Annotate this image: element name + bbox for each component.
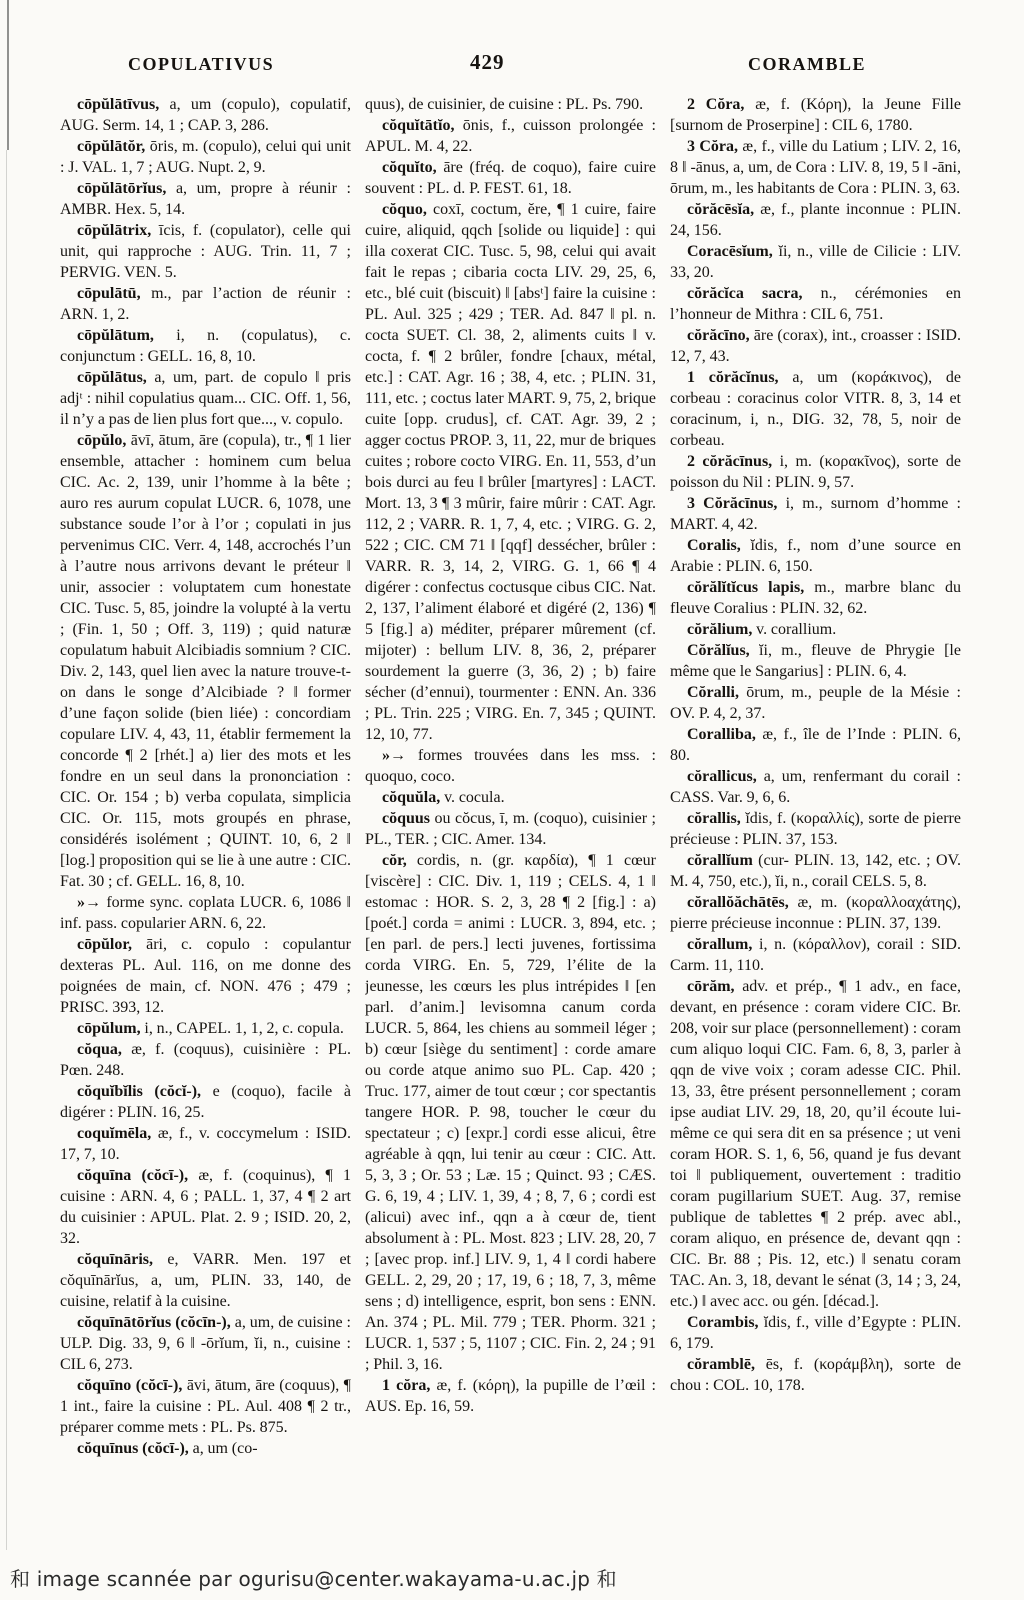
dictionary-entry: cŏquĭbĭlis (cŏcĭ-), e (coquo), facile à …: [60, 1081, 351, 1123]
dictionary-entry: cŏrallĭum (cur- PLIN. 13, 142, etc. ; OV…: [670, 850, 961, 892]
dictionary-entry: cōpŭlātus, a, um, part. de copulo ‖ pris…: [60, 367, 351, 430]
text-column-3: 2 Cŏra, æ, f. (Κόρη), la Jeune Fille [su…: [670, 94, 961, 1546]
entry-headword: cōpŭlātus,: [77, 369, 147, 386]
entry-body: v. corallium.: [756, 621, 836, 638]
entry-headword: cōpŭlum,: [77, 1020, 141, 1037]
dictionary-entry: cŏquīnātōrĭus (cŏcīn-), a, um, de cuisin…: [60, 1312, 351, 1375]
entry-headword: cŏrăcĭca sacra,: [687, 285, 802, 302]
page-number: 429: [470, 50, 505, 75]
dictionary-entry: cŏrallicus, a, um, renfermant du corail …: [670, 766, 961, 808]
dictionary-entry: cŏrallum, i, n. (κόραλλον), corail : SID…: [670, 934, 961, 976]
dictionary-entry: cŏrălium, v. corallium.: [670, 619, 961, 640]
entry-headword: »→: [382, 747, 406, 764]
entry-headword: cŏquus: [382, 810, 430, 827]
dictionary-entry: Corambis, ĭdis, f., ville d’Egypte : PLI…: [670, 1312, 961, 1354]
dictionary-entry: Cŏralli, ōrum, m., peuple de la Mésie : …: [670, 682, 961, 724]
dictionary-page: COPULATIVUS 429 CORAMBLE cōpŭlātīvus, a,…: [0, 0, 1024, 1600]
entry-body: coxī, coctum, ĕre, ¶ 1 cuire, faire cuir…: [365, 201, 656, 743]
dictionary-entry: Coracēsĭum, ĭi, n., ville de Cilicie : L…: [670, 241, 961, 283]
entry-headword: cōrăm,: [687, 978, 735, 995]
entry-body: i, n., CAPEL. 1, 1, 2, c. copula.: [144, 1020, 343, 1037]
entry-body: cordis, n. (gr. καρδία), ¶ 1 cœur [viscè…: [365, 852, 656, 1373]
entry-headword: 1 cŏrăcĭnus,: [687, 369, 779, 386]
text-columns: cōpŭlātīvus, a, um (copulo), copulatif, …: [60, 94, 961, 1546]
dictionary-entry: 3 Cŏra, æ, f., ville du Latium ; LIV. 2,…: [670, 136, 961, 199]
entry-headword: cŏrallĭum: [687, 852, 753, 869]
entry-headword: Corambis,: [687, 1314, 759, 1331]
entry-headword: cŏquīnātōrĭus (cŏcīn-),: [77, 1314, 231, 1331]
dictionary-entry: 2 cŏrăcīnus, i, m. (κορακῖνος), sorte de…: [670, 451, 961, 493]
entry-headword: cŏquŭla,: [382, 789, 440, 806]
entry-headword: cōpŭlātōrĭus,: [77, 180, 166, 197]
entry-body: forme sync. coplata LUCR. 6, 1086 ‖ inf.…: [60, 894, 351, 932]
entry-headword: 3 Cŏra,: [687, 138, 738, 155]
entry-headword: cōpŭlātīvus,: [77, 96, 159, 113]
dictionary-entry: »→ forme sync. coplata LUCR. 6, 1086 ‖ i…: [60, 892, 351, 934]
entry-headword: cŏrălĭtĭcus lapis,: [687, 579, 804, 596]
dictionary-entry: cōpŭlātrix, īcis, f. (copulator), celle …: [60, 220, 351, 283]
entry-headword: Cŏralli,: [687, 684, 739, 701]
dictionary-entry: cŏquīnus (cŏcī-), a, um (co-: [60, 1438, 351, 1459]
entry-headword: cōpulātū,: [77, 285, 141, 302]
dictionary-entry: cōpŭlātōrĭus, a, um, propre à réunir : A…: [60, 178, 351, 220]
entry-body: v. cocula.: [444, 789, 505, 806]
entry-headword: cŏquīna (cŏcī-),: [77, 1167, 188, 1184]
entry-headword: cōpŭlātŏr,: [77, 138, 145, 155]
dictionary-entry: cŏquĭto, āre (fréq. de coquo), faire cui…: [365, 157, 656, 199]
entry-headword: cŏquīnus (cŏcī-),: [77, 1440, 189, 1457]
dictionary-entry: cŏrallŏăchātēs, æ, m. (κοραλλοαχάτης), p…: [670, 892, 961, 934]
entry-headword: cŏramblē,: [687, 1356, 755, 1373]
scan-edge-artifact: [6, 150, 7, 1550]
entry-headword: cŏquĭbĭlis (cŏcĭ-),: [77, 1083, 201, 1100]
dictionary-entry: cŏquŭla, v. cocula.: [365, 787, 656, 808]
entry-headword: cōpŭlo,: [77, 432, 126, 449]
entry-headword: cŏquīnāris,: [77, 1251, 153, 1268]
entry-headword: cŏr,: [382, 852, 407, 869]
dictionary-entry: cŏquīnāris, e, VARR. Men. 197 et cŏquīnā…: [60, 1249, 351, 1312]
dictionary-entry: cŏquĭtātĭo, ōnis, f., cuisson prolongée …: [365, 115, 656, 157]
dictionary-entry: cōpŭlo, āvī, ātum, āre (copula), tr., ¶ …: [60, 430, 351, 892]
dictionary-entry: Coralliba, æ, f., île de l’Inde : PLIN. …: [670, 724, 961, 766]
entry-headword: cŏquīno (cŏcī-),: [77, 1377, 182, 1394]
dictionary-entry: cŏrallis, ĭdis, f. (κοραλλίς), sorte de …: [670, 808, 961, 850]
dictionary-entry: cōpŭlor, āri, c. copulo : copulantur dex…: [60, 934, 351, 1018]
entry-headword: cŏrăcēsĭa,: [687, 201, 754, 218]
entry-body: a, um (co-: [193, 1440, 258, 1457]
entry-headword: cōpŭlātum,: [77, 327, 154, 344]
dictionary-entry: cōpŭlum, i, n., CAPEL. 1, 1, 2, c. copul…: [60, 1018, 351, 1039]
entry-headword: cŏrăcīno,: [687, 327, 750, 344]
entry-headword: cŏrallicus,: [687, 768, 757, 785]
dictionary-entry: cŏrăcēsĭa, æ, f., plante inconnue : PLIN…: [670, 199, 961, 241]
entry-headword: cŏrallum,: [687, 936, 752, 953]
dictionary-entry: 3 Cŏrăcīnus, i, m., surnom d’homme : MAR…: [670, 493, 961, 535]
dictionary-entry: 1 cŏrăcĭnus, a, um (κοράκινος), de corbe…: [670, 367, 961, 451]
entry-headword: cōpŭlor,: [77, 936, 132, 953]
dictionary-entry: coquĭmēla, æ, f., v. coccymelum : ISID. …: [60, 1123, 351, 1165]
dictionary-entry: cŏramblē, ēs, f. (κοράμβλη), sorte de ch…: [670, 1354, 961, 1396]
entry-headword: Coracēsĭum,: [687, 243, 773, 260]
entry-headword: cŏqua,: [77, 1041, 122, 1058]
dictionary-entry: cŏrăcĭca sacra, n., cérémonies en l’honn…: [670, 283, 961, 325]
dictionary-entry: cŏquīno (cŏcī-), āvi, ātum, āre (coquus)…: [60, 1375, 351, 1438]
entry-headword: cŏquo,: [382, 201, 427, 218]
dictionary-entry: cŏrăcīno, āre (corax), int., croasser : …: [670, 325, 961, 367]
dictionary-entry: cŏquīna (cŏcī-), æ, f. (coquinus), ¶ 1 c…: [60, 1165, 351, 1249]
entry-headword: cōpŭlātrix,: [77, 222, 151, 239]
scan-credit: 和 image scannée par ogurisu@center.wakay…: [10, 1563, 617, 1592]
dictionary-entry: cŏqua, æ, f. (coquus), cuisinière : PL. …: [60, 1039, 351, 1081]
header-guide-word-right: CORAMBLE: [748, 54, 866, 75]
dictionary-entry: cōrăm, adv. et prép., ¶ 1 adv., en face,…: [670, 976, 961, 1312]
entry-headword: cŏquĭto,: [382, 159, 437, 176]
running-header: COPULATIVUS 429 CORAMBLE: [0, 0, 1024, 90]
header-guide-word-left: COPULATIVUS: [128, 54, 274, 75]
entry-headword: cŏrălium,: [687, 621, 752, 638]
entry-headword: cŏrallis,: [687, 810, 741, 827]
entry-body: adv. et prép., ¶ 1 adv., en face, devant…: [670, 978, 961, 1310]
dictionary-entry: quus), de cuisinier, de cuisine : PL. Ps…: [365, 94, 656, 115]
dictionary-entry: Coralis, ĭdis, f., nom d’une source en A…: [670, 535, 961, 577]
dictionary-entry: cōpŭlātīvus, a, um (copulo), copulatif, …: [60, 94, 351, 136]
entry-headword: 2 Cŏra,: [687, 96, 744, 113]
entry-headword: cŏquĭtātĭo,: [382, 117, 454, 134]
dictionary-entry: 2 Cŏra, æ, f. (Κόρη), la Jeune Fille [su…: [670, 94, 961, 136]
dictionary-entry: 1 cŏra, æ, f. (κόρη), la pupille de l’œi…: [365, 1375, 656, 1417]
dictionary-entry: Cŏrălĭus, ĭi, m., fleuve de Phrygie [le …: [670, 640, 961, 682]
entry-body: āvī, ātum, āre (copula), tr., ¶ 1 lier e…: [60, 432, 351, 890]
entry-body: formes trouvées dans les mss. : quoquo, …: [365, 747, 656, 785]
entry-body: quus), de cuisinier, de cuisine : PL. Ps…: [365, 96, 643, 113]
dictionary-entry: cŏrălĭtĭcus lapis, m., marbre blanc du f…: [670, 577, 961, 619]
entry-headword: cŏrallŏăchātēs,: [687, 894, 789, 911]
entry-headword: 1 cŏra,: [382, 1377, 430, 1394]
text-column-2: quus), de cuisinier, de cuisine : PL. Ps…: [365, 94, 656, 1546]
entry-headword: 2 cŏrăcīnus,: [687, 453, 772, 470]
dictionary-entry: cōpŭlātŏr, ōris, m. (copulo), celui qui …: [60, 136, 351, 178]
entry-headword: 3 Cŏrăcīnus,: [687, 495, 777, 512]
dictionary-entry: cōpŭlātum, i, n. (copulatus), c. conjunc…: [60, 325, 351, 367]
text-column-1: cōpŭlātīvus, a, um (copulo), copulatif, …: [60, 94, 351, 1546]
dictionary-entry: cŏr, cordis, n. (gr. καρδία), ¶ 1 cœur […: [365, 850, 656, 1375]
entry-headword: coquĭmēla,: [77, 1125, 151, 1142]
dictionary-entry: »→ formes trouvées dans les mss. : quoqu…: [365, 745, 656, 787]
entry-headword: Coralliba,: [687, 726, 756, 743]
entry-headword: Cŏrălĭus,: [687, 642, 750, 659]
dictionary-entry: cŏquo, coxī, coctum, ĕre, ¶ 1 cuire, fai…: [365, 199, 656, 745]
entry-headword: Coralis,: [687, 537, 741, 554]
entry-headword: »→: [77, 894, 101, 911]
dictionary-entry: cŏquus ou cŏcus, ī, m. (coquo), cuisinie…: [365, 808, 656, 850]
dictionary-entry: cōpulātū, m., par l’action de réunir : A…: [60, 283, 351, 325]
